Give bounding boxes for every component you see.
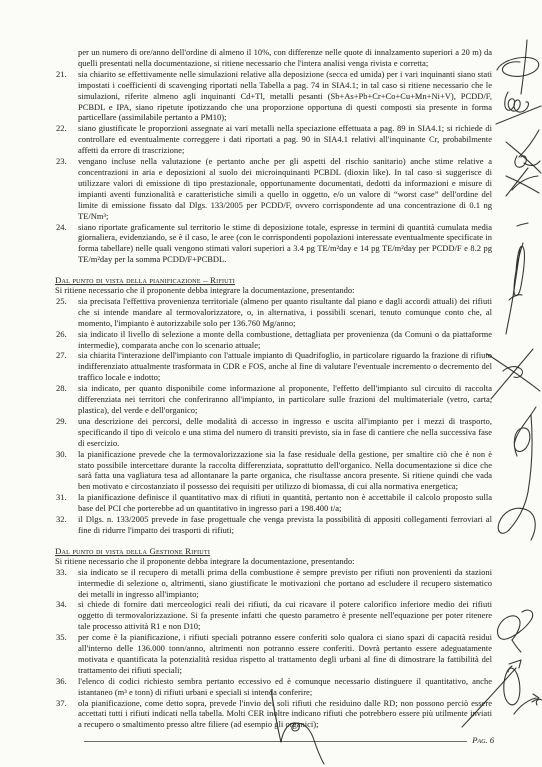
item-number: 26. [56, 330, 67, 341]
item-text: siano riportate graficamente sul territo… [78, 223, 492, 265]
item-number: 32. [56, 515, 67, 526]
item-number: 35. [56, 633, 67, 644]
pen-mark-dash [517, 223, 528, 226]
list-item: 24.siano riportate graficamente sul terr… [55, 223, 492, 267]
list-item: 27.sia chiarita l'interazione dell'impia… [55, 351, 492, 384]
item-text: l'elenco di codici richiesto sembra pert… [78, 677, 492, 697]
item-text: una descrizione dei percorsi, delle moda… [78, 417, 492, 448]
item-number: 36. [56, 677, 67, 688]
document-body: per un numero di ore/anno dell'ordine di… [55, 48, 492, 731]
item-text: il Dlgs. n. 133/2005 prevede in fase pro… [78, 515, 492, 535]
scanned-document-page: per un numero di ore/anno dell'ordine di… [0, 0, 542, 767]
item-number: 27. [56, 351, 67, 362]
item-number: 24. [56, 223, 67, 234]
item-text: sia precisata l'effettiva provenienza te… [78, 297, 492, 328]
item-number: 28. [56, 384, 67, 395]
item-number: 34. [56, 600, 67, 611]
list-item: 35.per come è la pianificazione, i rifiu… [55, 633, 492, 677]
section-intro: Si ritiene necessario che il proponente … [55, 557, 492, 568]
item-number: 22. [56, 124, 67, 135]
list-item: 22.siano giustificate le proporzioni ass… [55, 124, 492, 157]
list-item: 31.la pianificazione definisce il quanti… [55, 493, 492, 515]
item-text: si chiede di fornire dati merceologici r… [78, 600, 492, 631]
item-number: 31. [56, 493, 67, 504]
list-item: 37.ola pianificazione, come detto sopra,… [55, 699, 492, 732]
pen-mark-top-scribble [496, 40, 541, 124]
item-text: sia indicato, per quanto disponibile com… [78, 384, 492, 415]
pen-mark-tall-flourish [498, 407, 536, 540]
item-text: la pianificazione definisce il quantitat… [78, 493, 492, 513]
item-number: 25. [56, 297, 67, 308]
item-number: 33. [56, 568, 67, 579]
list-item: 26.sia indicato il livello di selezione … [55, 330, 492, 352]
pen-mark-long-stroke [506, 243, 524, 334]
item-number: 21. [56, 70, 67, 81]
item-number: 23. [56, 157, 67, 168]
section-intro: Si ritiene necessario che il proponente … [55, 286, 492, 297]
list-item: 25.sia precisata l'effettiva provenienza… [55, 297, 492, 330]
section-title: Dal punto di vista della Gestione Rifiut… [55, 546, 492, 557]
section-title: Dal punto di vista della pianificazione … [55, 275, 492, 286]
pen-mark-big-x [487, 349, 540, 399]
list-item: 21.sia chiarito se effettivamente nelle … [55, 70, 492, 125]
list-item: 30.la pianificazione prevede che la term… [55, 450, 492, 494]
list-item: 32.il Dlgs. n. 133/2005 prevede in fase … [55, 515, 492, 537]
section-pianificazione-rifiuti: Dal punto di vista della pianificazione … [55, 275, 492, 537]
list-item: 28.sia indicato, per quanto disponibile … [55, 384, 492, 417]
list-item: 33.sia indicato se il recupero di metall… [55, 568, 492, 601]
item-text: sia chiarita l'interazione dell'impianto… [78, 351, 492, 382]
page-footer: Pag. 6 [84, 733, 494, 745]
item-text: sia indicato se il recupero di metalli p… [78, 568, 492, 599]
item-number: 29. [56, 417, 67, 428]
item-text: per come è la pianificazione, i rifiuti … [78, 633, 492, 675]
item-number: 37. [56, 699, 67, 710]
page-number-label: Pag. 6 [467, 735, 494, 745]
continuation-paragraph: per un numero di ore/anno dell'ordine di… [55, 48, 492, 70]
item-text: vengano incluse nella valutazione (e per… [78, 157, 492, 221]
numbered-list-pianificazione: 25.sia precisata l'effettiva provenienza… [55, 297, 492, 537]
pen-mark-ve-flourish [506, 130, 541, 173]
pen-mark-crossed-x [506, 168, 539, 196]
pen-mark-heart-loop [498, 610, 533, 652]
item-text: ola pianificazione, come detto sopra, pr… [78, 699, 492, 730]
item-text: la pianificazione prevede che la termova… [78, 450, 492, 492]
footer-rule [84, 733, 467, 742]
item-text: sia indicato il livello di selezione a m… [78, 330, 492, 350]
list-item: 36.l'elenco di codici richiesto sembra p… [55, 677, 492, 699]
pen-mark-corner-arrow [514, 694, 542, 714]
item-text: sia chiarito se effettivamente nelle sim… [78, 70, 492, 123]
list-item: 23.vengano incluse nella valutazione (e … [55, 157, 492, 222]
item-text: siano giustificate le proporzioni assegn… [78, 124, 492, 155]
list-item: 34.si chiede di fornire dati merceologic… [55, 600, 492, 633]
section-gestione-rifiuti: Dal punto di vista della Gestione Rifiut… [55, 546, 492, 731]
numbered-list-gestione: 33.sia indicato se il recupero di metall… [55, 568, 492, 732]
list-item: 29.una descrizione dei percorsi, delle m… [55, 417, 492, 450]
item-number: 30. [56, 450, 67, 461]
numbered-list-air-quality: 21.sia chiarito se effettivamente nelle … [55, 70, 492, 266]
